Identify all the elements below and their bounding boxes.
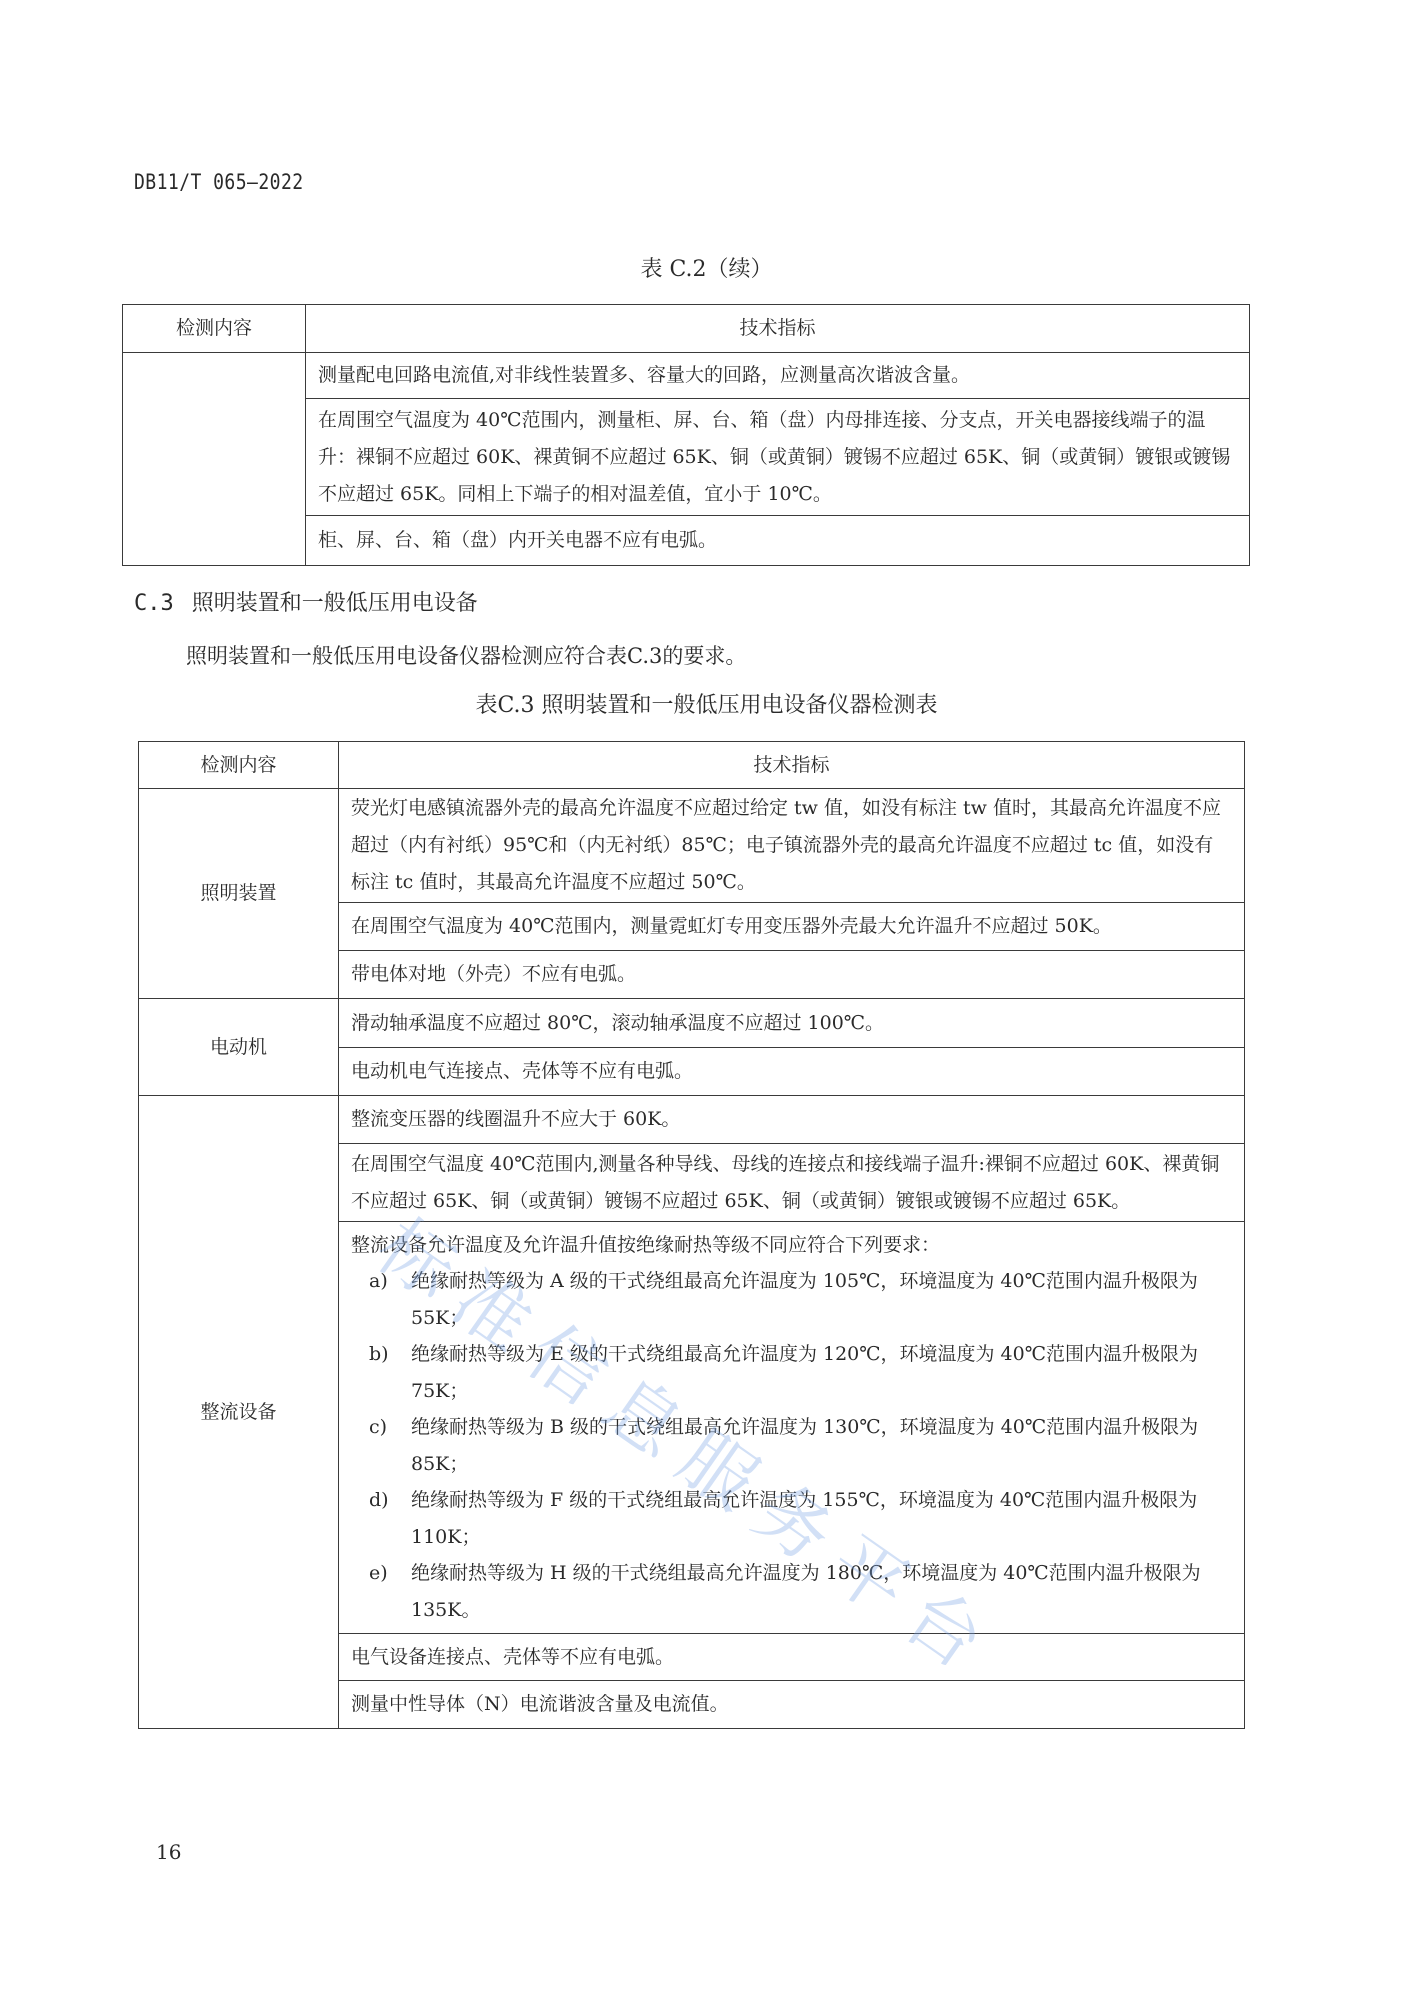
list-item: b)绝缘耐热等级为 E 级的干式绕组最高允许温度为 120℃，环境温度为 40℃… xyxy=(351,1336,1232,1409)
category-cell xyxy=(123,353,306,566)
list-lead: 整流设备允许温度及允许温升值按绝缘耐热等级不同应符合下列要求： xyxy=(351,1227,1232,1264)
table-row: 照明装置 荧光灯电感镇流器外壳的最高允许温度不应超过给定 tw 值，如没有标注 … xyxy=(139,789,1245,903)
indicator-cell: 测量配电回路电流值,对非线性装置多、容量大的回路，应测量高次谐波含量。 xyxy=(306,353,1250,399)
document-code: DB11/T 065—2022 xyxy=(134,170,304,194)
table-c2-caption: 表 C.2（续） xyxy=(0,252,1413,283)
list-item: e)绝缘耐热等级为 H 级的干式绕组最高允许温度为 180℃，环境温度为 40℃… xyxy=(351,1555,1232,1628)
section-number: C.3 xyxy=(134,591,174,616)
indicator-cell: 整流变压器的线圈温升不应大于 60K。 xyxy=(339,1096,1245,1144)
indicator-cell: 电气设备连接点、壳体等不应有电弧。 xyxy=(339,1634,1245,1681)
list-item-text: 绝缘耐热等级为 E 级的干式绕组最高允许温度为 120℃，环境温度为 40℃范围… xyxy=(411,1343,1198,1402)
indicator-cell: 在周围空气温度为 40℃范围内，测量霓虹灯专用变压器外壳最大允许温升不应超过 5… xyxy=(339,903,1245,951)
list-item-label: e) xyxy=(369,1555,411,1592)
indicator-cell: 带电体对地（外壳）不应有电弧。 xyxy=(339,951,1245,999)
table-row: 测量配电回路电流值,对非线性装置多、容量大的回路，应测量高次谐波含量。 xyxy=(123,353,1250,399)
indicator-cell: 荧光灯电感镇流器外壳的最高允许温度不应超过给定 tw 值，如没有标注 tw 值时… xyxy=(339,789,1245,903)
section-intro: 照明装置和一般低压用电设备仪器检测应符合表C.3的要求。 xyxy=(186,640,746,670)
indicator-cell: 柜、屏、台、箱（盘）内开关电器不应有电弧。 xyxy=(306,516,1250,566)
section-heading: C.3照明装置和一般低压用电设备 xyxy=(134,586,478,617)
column-header-indicator: 技术指标 xyxy=(306,305,1250,353)
list-item-text: 绝缘耐热等级为 B 级的干式绕组最高允许温度为 130℃，环境温度为 40℃范围… xyxy=(411,1416,1198,1475)
table-c3-caption: 表C.3 照明装置和一般低压用电设备仪器检测表 xyxy=(0,688,1413,719)
list-item-label: b) xyxy=(369,1336,411,1373)
category-cell-motor: 电动机 xyxy=(139,999,339,1096)
table-header-row: 检测内容 技术指标 xyxy=(139,742,1245,789)
column-header-content: 检测内容 xyxy=(123,305,306,353)
indicator-cell: 在周围空气温度为 40℃范围内，测量柜、屏、台、箱（盘）内母排连接、分支点，开关… xyxy=(306,399,1250,516)
indicator-cell: 滑动轴承温度不应超过 80℃，滚动轴承温度不应超过 100℃。 xyxy=(339,999,1245,1048)
table-c2: 检测内容 技术指标 测量配电回路电流值,对非线性装置多、容量大的回路，应测量高次… xyxy=(122,304,1250,566)
list-item-text: 绝缘耐热等级为 F 级的干式绕组最高允许温度为 155℃，环境温度为 40℃范围… xyxy=(411,1489,1197,1548)
indicator-cell: 电动机电气连接点、壳体等不应有电弧。 xyxy=(339,1048,1245,1096)
section-title: 照明装置和一般低压用电设备 xyxy=(192,591,478,616)
column-header-content: 检测内容 xyxy=(139,742,339,789)
list-item: c)绝缘耐热等级为 B 级的干式绕组最高允许温度为 130℃，环境温度为 40℃… xyxy=(351,1409,1232,1482)
list-item-label: c) xyxy=(369,1409,411,1446)
table-header-row: 检测内容 技术指标 xyxy=(123,305,1250,353)
list-item-text: 绝缘耐热等级为 A 级的干式绕组最高允许温度为 105℃，环境温度为 40℃范围… xyxy=(411,1270,1198,1329)
list-item-text: 绝缘耐热等级为 H 级的干式绕组最高允许温度为 180℃，环境温度为 40℃范围… xyxy=(411,1562,1201,1621)
indicator-cell-list: 整流设备允许温度及允许温升值按绝缘耐热等级不同应符合下列要求： a)绝缘耐热等级… xyxy=(339,1222,1245,1634)
list-item: d)绝缘耐热等级为 F 级的干式绕组最高允许温度为 155℃，环境温度为 40℃… xyxy=(351,1482,1232,1555)
column-header-indicator: 技术指标 xyxy=(339,742,1245,789)
indicator-cell: 在周围空气温度 40℃范围内,测量各种导线、母线的连接点和接线端子温升:裸铜不应… xyxy=(339,1144,1245,1222)
category-cell-lighting: 照明装置 xyxy=(139,789,339,999)
list-item-label: d) xyxy=(369,1482,411,1519)
table-c3: 检测内容 技术指标 照明装置 荧光灯电感镇流器外壳的最高允许温度不应超过给定 t… xyxy=(138,741,1245,1729)
table-row: 电动机 滑动轴承温度不应超过 80℃，滚动轴承温度不应超过 100℃。 xyxy=(139,999,1245,1048)
list-item: a)绝缘耐热等级为 A 级的干式绕组最高允许温度为 105℃，环境温度为 40℃… xyxy=(351,1263,1232,1336)
category-cell-rectifier: 整流设备 xyxy=(139,1096,339,1729)
table-row: 整流设备 整流变压器的线圈温升不应大于 60K。 xyxy=(139,1096,1245,1144)
page-number: 16 xyxy=(156,1840,181,1864)
list-item-label: a) xyxy=(369,1263,411,1300)
indicator-cell: 测量中性导体（N）电流谐波含量及电流值。 xyxy=(339,1681,1245,1729)
